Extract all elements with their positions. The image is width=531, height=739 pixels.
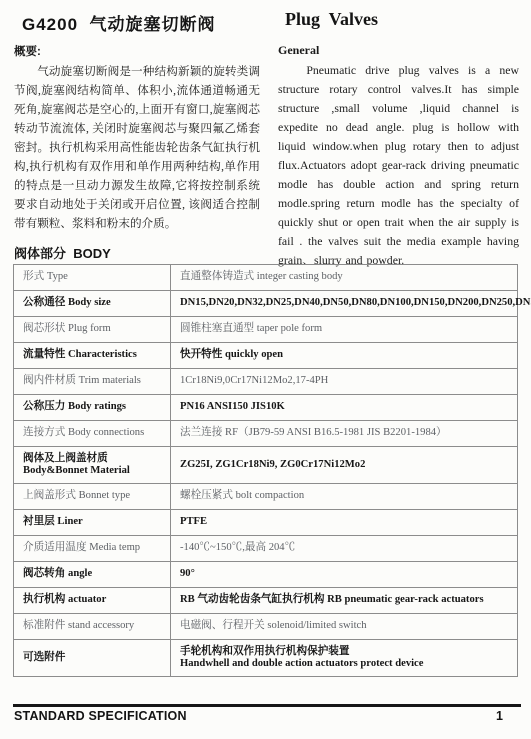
table-row: 介质适用温度 Media temp -140℃~150℃,最高 204℃ [14, 536, 518, 562]
table-row: 可选附件 手轮机构和双作用执行机构保护装置Handwhell and doubl… [14, 640, 518, 677]
table-row: 公称通径 Body size DN15,DN20,DN32,DN25,DN40,… [14, 291, 518, 317]
spec-value: PN16 ANSI150 JIS10K [171, 395, 518, 421]
table-row: 标准附件 stand accessory 电磁阀、行程开关 solenoid/l… [14, 614, 518, 640]
spec-label: 阀芯转角 angle [14, 562, 171, 588]
spec-value: 螺栓压紧式 bolt compaction [171, 484, 518, 510]
overview-paragraph-english: Pneumatic drive plug valves is a new str… [278, 61, 519, 270]
spec-value: ZG25I, ZG1Cr18Ni9, ZG0Cr17Ni12Mo2 [171, 447, 518, 484]
overview-paragraph-chinese: 气动旋塞切断阀是一种结构新颖的旋转类调节阀,旋塞阀结构简单、体积小,流体通道畅通… [14, 62, 260, 233]
table-row: 公称压力 Body ratings PN16 ANSI150 JIS10K [14, 395, 518, 421]
spec-label: 公称通径 Body size [14, 291, 171, 317]
spec-value: 电磁阀、行程开关 solenoid/limited switch [171, 614, 518, 640]
spec-value: 快开特性 quickly open [171, 343, 518, 369]
page-number: 1 [496, 709, 503, 723]
table-row: 形式 Type 直通整体铸造式 integer casting body [14, 265, 518, 291]
spec-label: 阀内件材质 Trim materials [14, 369, 171, 395]
spec-label: 阀芯形状 Plug form [14, 317, 171, 343]
table-row: 阀内件材质 Trim materials 1Cr18Ni9,0Cr17Ni12M… [14, 369, 518, 395]
spec-value: 直通整体铸造式 integer casting body [171, 265, 518, 291]
overview-label-english: General [278, 43, 519, 58]
spec-value: 圆锥柱塞直通型 taper pole form [171, 317, 518, 343]
spec-label: 阀体及上阀盖材质Body&Bonnet Material [14, 447, 171, 484]
table-row: 阀芯转角 angle 90° [14, 562, 518, 588]
spec-label: 执行机构 actuator [14, 588, 171, 614]
overview-column-english: General Pneumatic drive plug valves is a… [278, 43, 519, 270]
page-title-english: Plug Valves [285, 9, 378, 30]
spec-label: 公称压力 Body ratings [14, 395, 171, 421]
table-row: 执行机构 actuator RB 气动齿轮齿条气缸执行机构 RB pneumat… [14, 588, 518, 614]
document-page: G4200 气动旋塞切断阀 Plug Valves 概要: 气动旋塞切断阀是一种… [0, 0, 531, 739]
footer-divider [13, 704, 521, 707]
spec-table: 形式 Type 直通整体铸造式 integer casting body 公称通… [13, 264, 518, 677]
table-row: 阀体及上阀盖材质Body&Bonnet Material ZG25I, ZG1C… [14, 447, 518, 484]
table-row: 衬里层 Liner PTFE [14, 510, 518, 536]
spec-value: 手轮机构和双作用执行机构保护装置Handwhell and double act… [171, 640, 518, 677]
table-row: 连接方式 Body connections 法兰连接 RF（JB79-59 AN… [14, 421, 518, 447]
table-row: 流量特性 Characteristics 快开特性 quickly open [14, 343, 518, 369]
spec-value: RB 气动齿轮齿条气缸执行机构 RB pneumatic gear-rack a… [171, 588, 518, 614]
table-row: 上阀盖形式 Bonnet type 螺栓压紧式 bolt compaction [14, 484, 518, 510]
spec-label: 标准附件 stand accessory [14, 614, 171, 640]
spec-value: -140℃~150℃,最高 204℃ [171, 536, 518, 562]
spec-value: 90° [171, 562, 518, 588]
spec-label: 可选附件 [14, 640, 171, 677]
spec-label: 流量特性 Characteristics [14, 343, 171, 369]
table-row: 阀芯形状 Plug form 圆锥柱塞直通型 taper pole form [14, 317, 518, 343]
section-title-body: 阀体部分 BODY [14, 243, 111, 262]
spec-value: 1Cr18Ni9,0Cr17Ni12Mo2,17-4PH [171, 369, 518, 395]
spec-label: 介质适用温度 Media temp [14, 536, 171, 562]
spec-label: 形式 Type [14, 265, 171, 291]
spec-label: 连接方式 Body connections [14, 421, 171, 447]
spec-label: 衬里层 Liner [14, 510, 171, 536]
page-title-chinese: G4200 气动旋塞切断阀 [22, 10, 216, 35]
overview-column-chinese: 概要: 气动旋塞切断阀是一种结构新颖的旋转类调节阀,旋塞阀结构简单、体积小,流体… [14, 43, 260, 233]
spec-label: 上阀盖形式 Bonnet type [14, 484, 171, 510]
overview-label-chinese: 概要: [14, 43, 260, 59]
spec-value: DN15,DN20,DN32,DN25,DN40,DN50,DN80,DN100… [171, 291, 518, 317]
spec-value: PTFE [171, 510, 518, 536]
spec-value: 法兰连接 RF（JB79-59 ANSI B16.5-1981 JIS B220… [171, 421, 518, 447]
footer-title: STANDARD SPECIFICATION [14, 709, 187, 723]
